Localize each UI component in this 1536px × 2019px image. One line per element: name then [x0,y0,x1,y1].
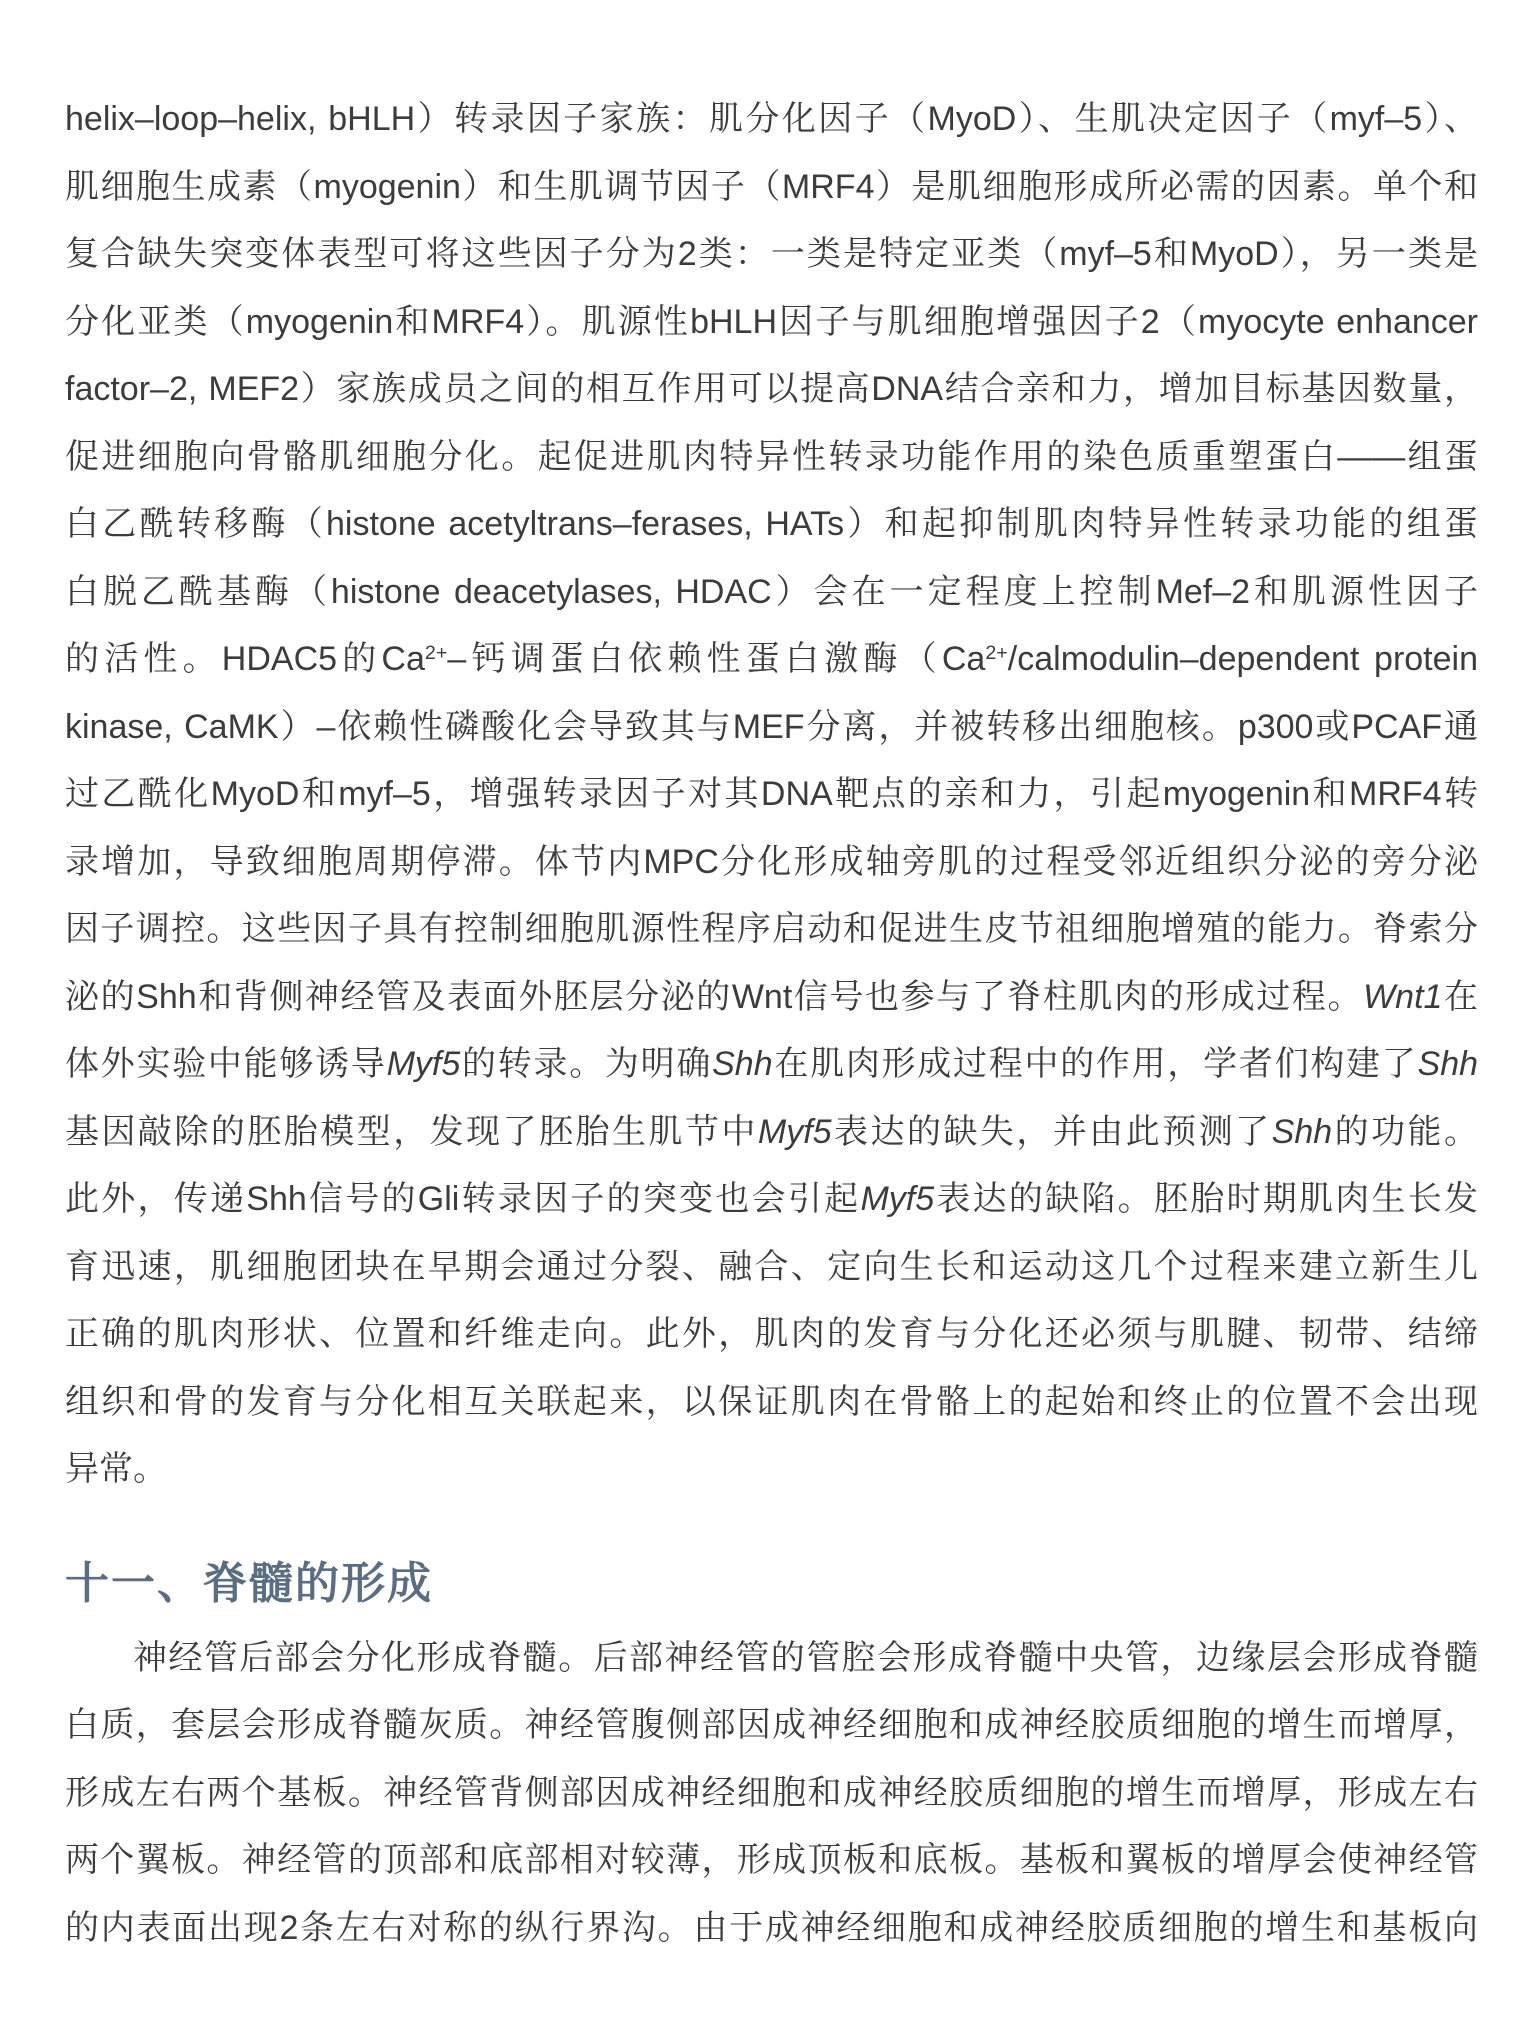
paragraph-muscle-formation: helix–loop–helix, bHLH）转录因子家族：肌分化因子（MyoD… [65,86,1478,1504]
text-segment: kinase, CaMK）–依赖性磷酸化会导致其与MEF分离，并被转移出细胞核。… [65,708,1478,746]
text-segment: 在肌肉形成过程中的作用，学者们构建了 [773,1045,1418,1083]
document-page: helix–loop–helix, bHLH）转录因子家族：肌分化因子（MyoD… [0,0,1536,2019]
gene-name-italic: Myf5 [860,1180,934,1218]
text-segment: 分化亚类（myogenin和MRF4）。肌源性bHLH因子与肌细胞增强因子2（m… [65,303,1478,341]
text-segment: 白质，套层会形成脊髓灰质。神经管腹侧部因成神经细胞和成神经胶质细胞的增生而增厚， [65,1706,1478,1744]
text-line: 两个翼板。神经管的顶部和底部相对较薄，形成顶板和底板。基板和翼板的增厚会使神经管 [65,1827,1478,1895]
text-line: 的内表面出现2条左右对称的纵行界沟。由于成神经细胞和成神经胶质细胞的增生和基板向 [65,1895,1478,1963]
gene-name-italic: Shh [712,1045,773,1083]
text-segment: 肌细胞生成素（myogenin）和生肌调节因子（MRF4）是肌细胞形成所必需的因… [65,168,1478,206]
text-segment: 育迅速，肌细胞团块在早期会通过分裂、融合、定向生长和运动这几个过程来建立新生儿 [65,1248,1478,1286]
gene-name-italic: Myf5 [387,1045,461,1083]
text-line: 神经管后部会分化形成脊髓。后部神经管的管腔会形成脊髓中央管，边缘层会形成脊髓 [65,1625,1478,1693]
text-segment: 的活性。HDAC5的Ca [65,640,425,678]
gene-name-italic: Shh [1418,1045,1479,1083]
superscript-text: 2+ [425,642,447,664]
section-heading: 十一、脊髓的形成 [65,1556,1478,1612]
text-segment: –钙调蛋白依赖性蛋白激酶（Ca [447,640,985,678]
text-line: 此外，传递Shh信号的Gli转录因子的突变也会引起Myf5表达的缺陷。胚胎时期肌… [65,1166,1478,1234]
text-line: 异常。 [65,1436,1478,1504]
text-line: kinase, CaMK）–依赖性磷酸化会导致其与MEF分离，并被转移出细胞核。… [65,694,1478,762]
paragraph-spinal-cord-formation: 神经管后部会分化形成脊髓。后部神经管的管腔会形成脊髓中央管，边缘层会形成脊髓白质… [65,1625,1478,1963]
text-segment: 异常。 [65,1450,167,1488]
text-segment: 的内表面出现2条左右对称的纵行界沟。由于成神经细胞和成神经胶质细胞的增生和基板向 [65,1909,1478,1947]
text-segment: 正确的肌肉形状、位置和纤维走向。此外，肌肉的发育与分化还必须与肌腱、韧带、结缔 [65,1315,1478,1353]
text-line: 白脱乙酰基酶（histone deacetylases, HDAC）会在一定程度… [65,559,1478,627]
text-line: factor–2, MEF2）家族成员之间的相互作用可以提高DNA结合亲和力，增… [65,356,1478,424]
text-segment: 过乙酰化MyoD和myf–5，增强转录因子对其DNA靶点的亲和力，引起myoge… [65,775,1478,813]
text-line: 分化亚类（myogenin和MRF4）。肌源性bHLH因子与肌细胞增强因子2（m… [65,289,1478,357]
text-segment: 在 [1442,978,1478,1016]
text-segment: 神经管后部会分化形成脊髓。后部神经管的管腔会形成脊髓中央管，边缘层会形成脊髓 [133,1639,1478,1677]
text-line: 泌的Shh和背侧神经管及表面外胚层分泌的Wnt信号也参与了脊柱肌肉的形成过程。W… [65,964,1478,1032]
gene-name-italic: Myf5 [758,1113,832,1151]
text-line: 因子调控。这些因子具有控制细胞肌源性程序启动和促进生皮节祖细胞增殖的能力。脊索分 [65,896,1478,964]
text-segment: factor–2, MEF2）家族成员之间的相互作用可以提高DNA结合亲和力，增… [65,370,1478,408]
text-segment: 促进细胞向骨骼肌细胞分化。起促进肌肉特异性转录功能作用的染色质重塑蛋白——组蛋 [65,438,1478,476]
text-line: 的活性。HDAC5的Ca2+–钙调蛋白依赖性蛋白激酶（Ca2+/calmodul… [65,626,1478,694]
text-segment: 的转录。为明确 [460,1045,712,1083]
text-segment: 表达的缺失，并由此预测了 [832,1113,1272,1151]
text-segment: 白脱乙酰基酶（histone deacetylases, HDAC）会在一定程度… [65,573,1478,611]
text-segment: 组织和骨的发育与分化相互关联起来，以保证肌肉在骨骼上的起始和终止的位置不会出现 [65,1383,1478,1421]
superscript-text: 2+ [985,642,1007,664]
text-segment: 因子调控。这些因子具有控制细胞肌源性程序启动和促进生皮节祖细胞增殖的能力。脊索分 [65,910,1478,948]
text-line: 复合缺失突变体表型可将这些因子分为2类：一类是特定亚类（myf–5和MyoD），… [65,221,1478,289]
text-segment: 基因敲除的胚胎模型，发现了胚胎生肌节中 [65,1113,758,1151]
text-line: 基因敲除的胚胎模型，发现了胚胎生肌节中Myf5表达的缺失，并由此预测了Shh的功… [65,1099,1478,1167]
text-line: 形成左右两个基板。神经管背侧部因成神经细胞和成神经胶质细胞的增生而增厚，形成左右 [65,1760,1478,1828]
text-segment: 泌的Shh和背侧神经管及表面外胚层分泌的Wnt信号也参与了脊柱肌肉的形成过程。 [65,978,1363,1016]
text-line: 过乙酰化MyoD和myf–5，增强转录因子对其DNA靶点的亲和力，引起myoge… [65,761,1478,829]
text-line: 录增加，导致细胞周期停滞。体节内MPC分化形成轴旁肌的过程受邻近组织分泌的旁分泌 [65,829,1478,897]
text-segment: /calmodulin–dependent protein [1008,640,1478,678]
text-line: 正确的肌肉形状、位置和纤维走向。此外，肌肉的发育与分化还必须与肌腱、韧带、结缔 [65,1301,1478,1369]
text-segment: 体外实验中能够诱导 [65,1045,387,1083]
text-segment: helix–loop–helix, bHLH）转录因子家族：肌分化因子（MyoD… [65,100,1478,138]
text-line: 育迅速，肌细胞团块在早期会通过分裂、融合、定向生长和运动这几个过程来建立新生儿 [65,1234,1478,1302]
text-line: 肌细胞生成素（myogenin）和生肌调节因子（MRF4）是肌细胞形成所必需的因… [65,154,1478,222]
text-segment: 白乙酰转移酶（histone acetyltrans–ferases, HATs… [65,505,1478,543]
text-segment: 两个翼板。神经管的顶部和底部相对较薄，形成顶板和底板。基板和翼板的增厚会使神经管 [65,1841,1478,1879]
text-line: 白质，套层会形成脊髓灰质。神经管腹侧部因成神经细胞和成神经胶质细胞的增生而增厚， [65,1692,1478,1760]
text-segment: 录增加，导致细胞周期停滞。体节内MPC分化形成轴旁肌的过程受邻近组织分泌的旁分泌 [65,843,1478,881]
text-line: 白乙酰转移酶（histone acetyltrans–ferases, HATs… [65,491,1478,559]
text-segment: 复合缺失突变体表型可将这些因子分为2类：一类是特定亚类（myf–5和MyoD），… [65,235,1478,273]
text-segment: 形成左右两个基板。神经管背侧部因成神经细胞和成神经胶质细胞的增生而增厚，形成左右 [65,1774,1478,1812]
gene-name-italic: Wnt1 [1363,978,1442,1016]
text-line: 体外实验中能够诱导Myf5的转录。为明确Shh在肌肉形成过程中的作用，学者们构建… [65,1031,1478,1099]
text-segment: 此外，传递Shh信号的Gli转录因子的突变也会引起 [65,1180,860,1218]
text-line: 促进细胞向骨骼肌细胞分化。起促进肌肉特异性转录功能作用的染色质重塑蛋白——组蛋 [65,424,1478,492]
text-line: helix–loop–helix, bHLH）转录因子家族：肌分化因子（MyoD… [65,86,1478,154]
gene-name-italic: Shh [1272,1113,1333,1151]
text-segment: 表达的缺陷。胚胎时期肌肉生长发 [934,1180,1478,1218]
text-line: 组织和骨的发育与分化相互关联起来，以保证肌肉在骨骼上的起始和终止的位置不会出现 [65,1369,1478,1437]
text-segment: 的功能。 [1332,1113,1478,1151]
